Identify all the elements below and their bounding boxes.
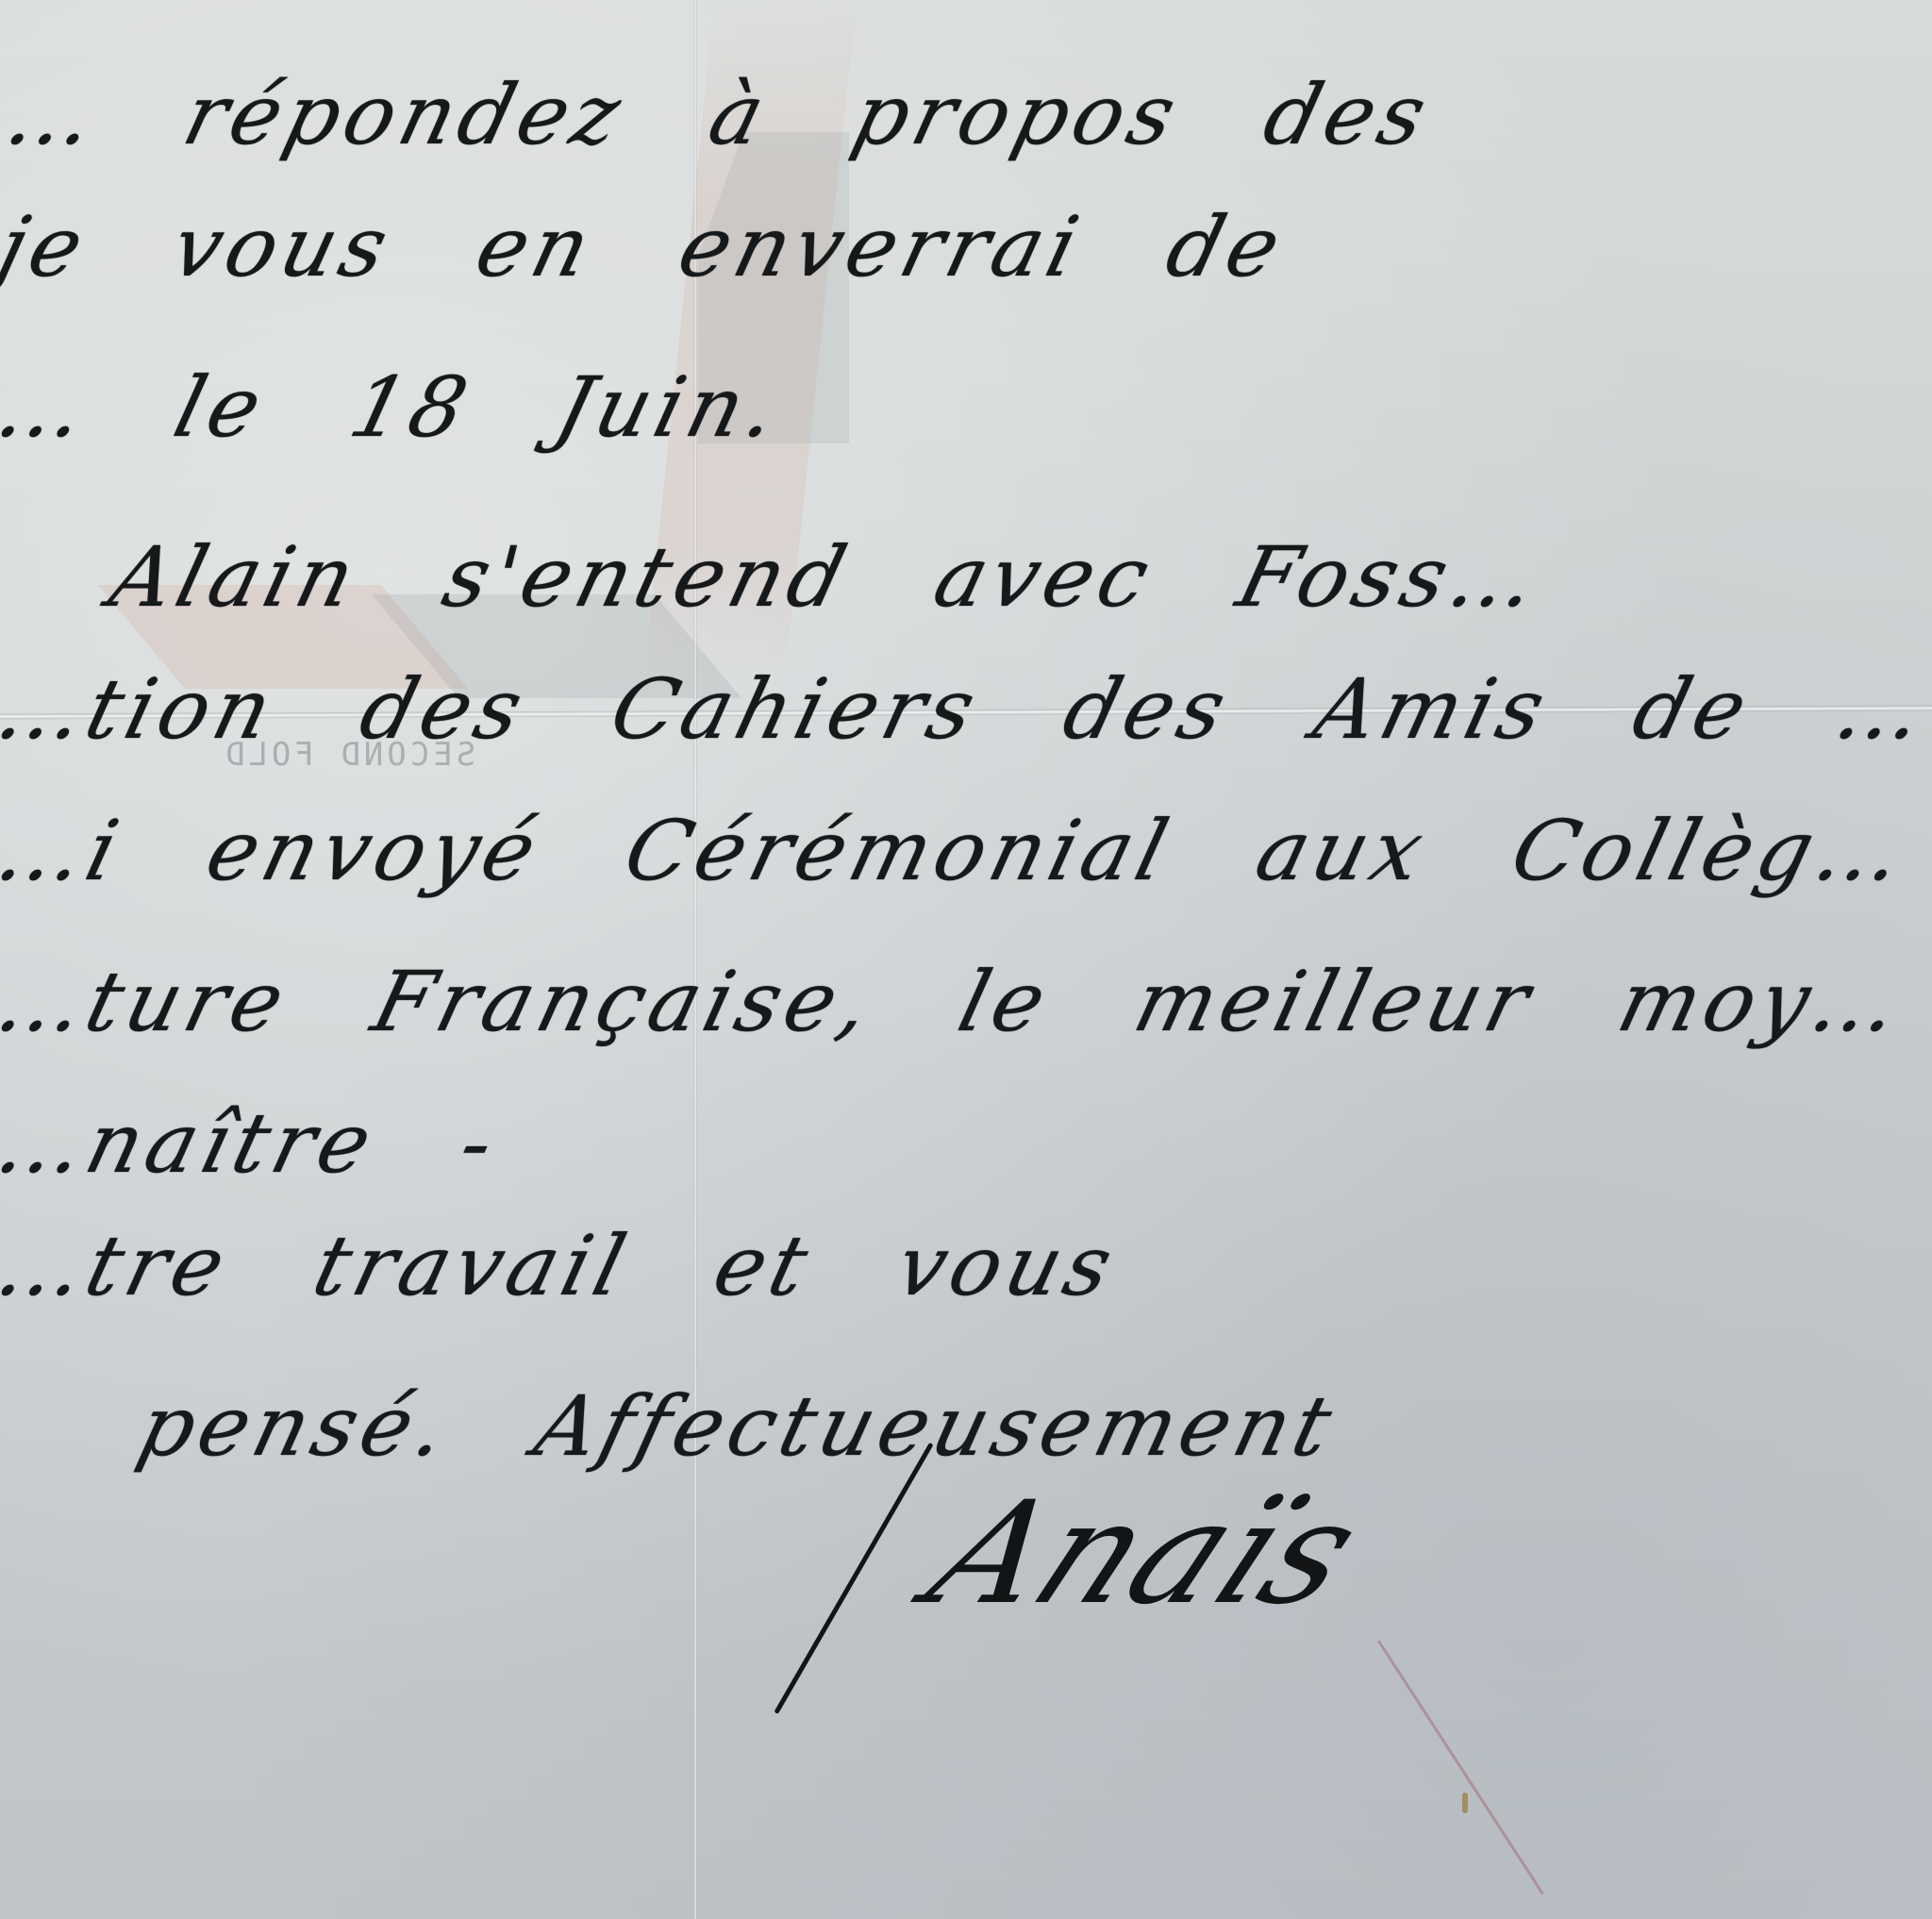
letter-line-6: …i envoyé Cérémonial aux Collèg…: [0, 802, 1918, 899]
paper-speck: [1462, 1793, 1468, 1813]
letter-line-2: je vous en enverrai de: [0, 198, 1295, 295]
letter-line-closing: pensé. Affectueusement: [129, 1377, 1346, 1475]
letter-line-9: …tre travail et vous: [0, 1217, 1127, 1314]
letter-line-8: …naître -: [0, 1094, 508, 1192]
letter-line-3: … le 18 Juin.: [0, 359, 792, 456]
pink-ink-mark: [1377, 1640, 1544, 1894]
letter-line-7: …ture Française, le meilleur moy…: [0, 953, 1914, 1050]
signature-flourish: [774, 1443, 933, 1714]
letter-line-5: …tion des Cahiers des Amis de …: [0, 660, 1932, 758]
letter-line-4: Alain s'entend avec Foss…: [101, 528, 1552, 626]
letter-line-1: … répondez à propos des: [0, 66, 1441, 163]
signature: Anaïs: [905, 1472, 1386, 1636]
letter-page: SECOND FOLD … répondez à propos des je v…: [0, 0, 1932, 1919]
